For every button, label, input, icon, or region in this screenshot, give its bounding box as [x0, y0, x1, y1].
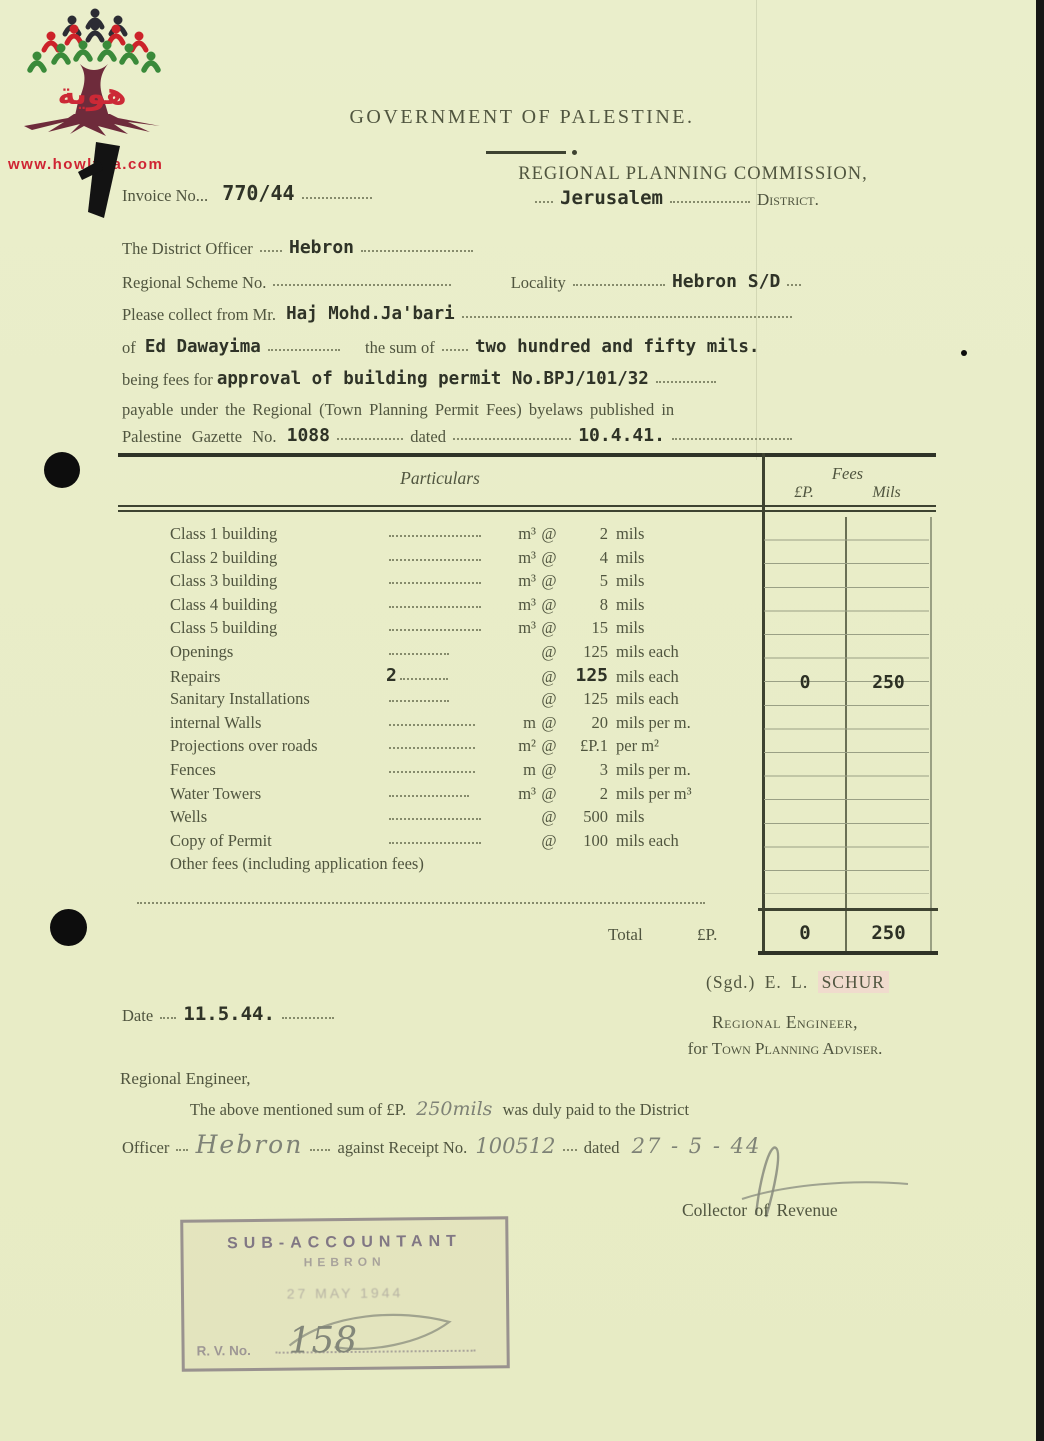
invoice-label: Invoice No... — [122, 186, 208, 205]
total-currency: £P. — [697, 925, 717, 945]
dotted-blank — [361, 250, 473, 252]
dotted-blank — [310, 1149, 330, 1151]
scan-edge-band — [1036, 0, 1044, 1441]
for-prefix: for — [688, 1039, 712, 1058]
dotted-blank — [273, 284, 451, 286]
of-sum-line: of Ed Dawayima the sum of two hundred an… — [122, 338, 759, 358]
adviser-title: Town Planning Adviser. — [712, 1039, 883, 1058]
repairs-quantity: 2 — [386, 665, 397, 686]
paid-line-2: Officer Hebron against Receipt No. 10051… — [122, 1130, 761, 1159]
paid-text-1a: The above mentioned sum of £P. — [190, 1100, 406, 1119]
fees-header: Fees — [765, 464, 930, 484]
total-mils: 250 — [847, 922, 930, 944]
repairs-fee-mils: 250 — [847, 672, 930, 693]
gazette-date: 10.4.41. — [578, 425, 665, 446]
dotted-blank — [656, 381, 716, 383]
dotted-blank — [573, 284, 665, 286]
dotted-blank — [337, 438, 403, 440]
of-label: of — [122, 338, 136, 357]
table-row: Copy of Permit @ 100 mils each — [118, 831, 758, 854]
collector-title: Collector of Revenue — [682, 1200, 838, 1221]
date-line: Date 11.5.44. — [122, 1004, 337, 1026]
total-bottom-rule — [758, 951, 938, 955]
sum-label: the sum of — [365, 338, 435, 357]
signer-initials: E. L. — [765, 972, 818, 992]
dotted-blank — [563, 1149, 577, 1151]
paid-text-2b: against Receipt No. — [338, 1138, 468, 1157]
table-header-rule-2 — [118, 510, 936, 512]
table-row: Openings @ 125 mils each — [118, 642, 758, 665]
total-pounds: 0 — [765, 922, 845, 944]
gazette-number: 1088 — [287, 425, 330, 446]
fees-for-value: approval of building permit No.BPJ/101/3… — [217, 369, 649, 389]
dotted-blank — [176, 1149, 188, 1151]
stamp-location: HEBRON — [184, 1253, 506, 1270]
district-officer-value: Hebron — [289, 237, 354, 258]
dotted-blank — [260, 250, 282, 252]
mils-header: Mils — [872, 484, 900, 502]
locality-value: Hebron S/D — [672, 271, 780, 292]
scanned-invoice-page: هوية www.howlyya.com GOVERNMENT OF PALES… — [0, 0, 1044, 1441]
dotted-blank — [670, 201, 750, 203]
district-officer-label: The District Officer — [122, 239, 253, 258]
handwritten-receipt-no: 100512 — [475, 1134, 555, 1158]
table-row: Projections over roads m² @ £P.1 per m² — [118, 736, 758, 759]
signer-surname-highlighted: SCHUR — [818, 971, 889, 993]
dotted-blank — [672, 438, 792, 440]
dotted-blank — [268, 349, 340, 351]
gazette-line: Palestine Gazette No. 1088 dated 10.4.41… — [122, 426, 795, 447]
scheme-locality-line: Regional Scheme No. Locality Hebron S/D — [122, 272, 804, 293]
table-row: Wells @ 500 mils — [118, 807, 758, 830]
regional-engineer-title: Regional Engineer, — [620, 1012, 950, 1033]
dotted-blank — [535, 201, 553, 203]
table-row: Class 3 building m³ @ 5 mils — [118, 571, 758, 594]
punch-hole-top — [44, 452, 80, 488]
invoice-line: Invoice No... 770/44 — [122, 182, 375, 206]
table-row: Class 5 building m³ @ 15 mils — [118, 618, 758, 641]
total-top-rule — [758, 908, 938, 911]
stamp-title: SUB-ACCOUNTANT — [183, 1232, 505, 1253]
page-title: GOVERNMENT OF PALESTINE. — [0, 106, 1044, 129]
title-rule — [486, 151, 566, 154]
stamp-pencil-flourish — [279, 1306, 460, 1368]
payer-locality: Ed Dawayima — [145, 337, 261, 357]
table-row-repairs: Repairs 2 @ 125 mils each — [118, 666, 758, 689]
invoice-number: 770/44 — [222, 181, 294, 205]
table-row-blank — [134, 893, 708, 911]
collect-from-label: Please collect from Mr. — [122, 305, 276, 324]
date-value: 11.5.44. — [183, 1003, 275, 1025]
title-rule-dot — [572, 150, 577, 155]
paid-line-1: The above mentioned sum of £P. 250mils w… — [122, 1098, 689, 1120]
sub-accountant-stamp: SUB-ACCOUNTANT HEBRON 27 MAY 1944 R. V. … — [180, 1216, 510, 1371]
paper-crease — [756, 0, 757, 460]
district-label: District. — [757, 190, 819, 209]
fees-grid-lines — [764, 517, 929, 894]
dotted-blank — [787, 284, 801, 286]
punch-hole-bottom — [50, 909, 87, 946]
ink-speck — [961, 350, 967, 356]
date-label: Date — [122, 1006, 153, 1025]
table-row: Other fees (including application fees) — [118, 854, 758, 877]
total-label: Total — [608, 925, 643, 945]
dotted-blank — [282, 1017, 334, 1019]
table-row: Class 1 building m³ @ 2 mils — [118, 524, 758, 547]
district-value: Jerusalem — [560, 187, 663, 209]
stamp-date: 27 MAY 1944 — [184, 1283, 506, 1302]
table-row: internal Walls m @ 20 mils per m. — [118, 713, 758, 736]
dotted-blank — [160, 1017, 176, 1019]
handwritten-officer: Hebron — [196, 1130, 304, 1159]
dotted-blank — [453, 438, 571, 440]
payable-line: payable under the Regional (Town Plannin… — [122, 400, 937, 420]
repairs-fee-pounds: 0 — [765, 672, 845, 693]
stamp-rv-label: R. V. No. — [197, 1343, 251, 1359]
table-row: Water Towers m³ @ 2 mils per m³ — [118, 784, 758, 807]
pounds-header: £P. — [794, 484, 814, 502]
table-row: Fences m @ 3 mils per m. — [118, 760, 758, 783]
table-top-border — [118, 453, 936, 457]
for-adviser-line: for Town Planning Adviser. — [620, 1039, 950, 1059]
gazette-label: Palestine Gazette No. — [122, 427, 277, 446]
fees-box-right-border — [930, 517, 932, 954]
paid-text-2c: dated — [584, 1138, 620, 1157]
paid-text-2a: Officer — [122, 1138, 169, 1157]
dated-label: dated — [410, 427, 446, 446]
paid-text-1b: was duly paid to the District — [503, 1100, 690, 1119]
sum-value: two hundred and fifty mils. — [475, 337, 759, 357]
district-officer-line: The District Officer Hebron — [122, 238, 476, 259]
fees-subheaders: £P. Mils — [765, 484, 930, 502]
sgd-label: (Sgd.) — [706, 972, 755, 992]
regional-scheme-label: Regional Scheme No. — [122, 273, 266, 292]
fees-for-line: being fees for approval of building perm… — [122, 370, 719, 390]
dotted-blank — [462, 316, 792, 318]
repairs-rate-typed: 125 — [562, 665, 608, 686]
table-row: Class 4 building m³ @ 8 mils — [118, 595, 758, 618]
pen-mark — [70, 130, 140, 225]
collect-from-line: Please collect from Mr. Haj Mohd.Ja'bari — [122, 305, 795, 325]
dotted-blank — [442, 349, 468, 351]
district-line: Jerusalem District. — [532, 188, 819, 210]
signed-line: (Sgd.) E. L. SCHUR — [660, 972, 935, 993]
commission-title: REGIONAL PLANNING COMMISSION, — [468, 164, 918, 185]
addressee: Regional Engineer, — [120, 1069, 251, 1089]
fees-for-label: being fees for — [122, 370, 213, 389]
table-header-rule-1 — [118, 505, 936, 507]
locality-label: Locality — [511, 273, 566, 292]
table-row: Sanitary Installations @ 125 mils each — [118, 689, 758, 712]
particulars-header: Particulars — [118, 468, 762, 489]
handwritten-amount: 250mils — [416, 1098, 492, 1120]
dotted-blank — [302, 197, 372, 199]
payer-name: Haj Mohd.Ja'bari — [286, 304, 455, 324]
table-row: Class 2 building m³ @ 4 mils — [118, 548, 758, 571]
